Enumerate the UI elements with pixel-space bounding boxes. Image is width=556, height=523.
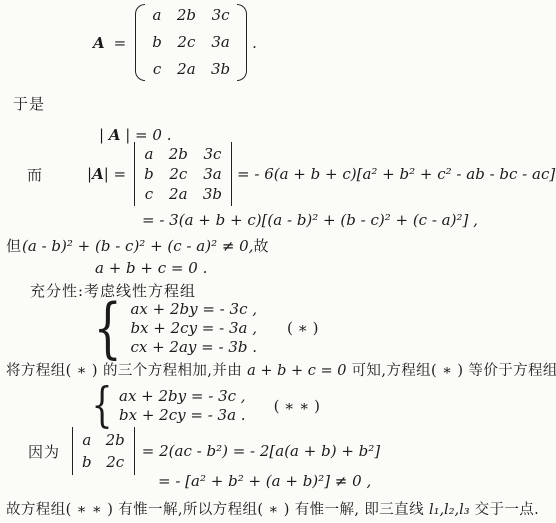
text-er: 而 [27,164,43,185]
text-because: 因为 [28,441,60,462]
det-cell: 2c [106,451,125,473]
left-brace: { [94,297,122,358]
det-rhs: = - 6(a + b + c)[a² + b² + c² - ab - bc … [237,165,555,183]
det-cell: 2a [169,184,188,204]
det-cell: 3b [203,184,222,204]
equals-sign: = [114,34,127,52]
equation: bx + 2cy = - 3a . [119,406,246,425]
eq-lhs: | = [104,165,126,183]
equation-system-2: { ax + 2by = - 3c , bx + 2cy = - 3a . ( … [88,386,320,426]
det-expansion-line2: = - 3(a + b + c)[(a - b)² + (b - c)² + (… [142,211,478,229]
det-cell: b [144,164,154,184]
system-2-equations: ax + 2by = - 3c , bx + 2cy = - 3a . [119,387,246,425]
det-cell: 3a [203,164,222,184]
matrix-A-symbol: A [93,34,105,52]
conclusion-line: 故方程组( ∗ ∗ ) 有惟一解,所以方程组( ∗ ) 有惟一解, 即三直线 l… [6,498,539,519]
det-cell: 2c [169,164,188,184]
determinant-2x2-cells: a 2b b 2c [82,429,125,473]
conclusion-text-1: 故方程组( ∗ ∗ ) 有惟一解,所以方程组( ∗ ) 有惟一解, 即三直线 [6,502,429,518]
matrix-cell: 3c [211,4,230,27]
matrix-cell: 2a [177,58,196,81]
eq-abc-zero: a + b + c = 0 . [95,259,207,277]
matrix-cell: 3b [211,58,230,81]
determinant-cells: a 2b 3c b 2c 3a c 2a 3b [144,144,222,204]
left-brace: { [92,384,113,427]
right-paren [237,4,247,81]
det-cell: a [144,144,154,164]
but-math: (a - b)² + (b - c)² + (c - a)² ≠ 0, [22,237,253,255]
equation: bx + 2cy = - 3a , [130,319,257,338]
add-math: a + b + c = 0 [247,363,346,379]
matrix-cell: 2b [177,4,196,27]
matrix-cell: 3a [211,31,230,54]
matrix-cell: 2c [177,31,196,54]
matrix-cell: c [152,58,162,81]
det-cell: b [82,451,92,473]
left-paren [135,4,145,81]
matrix-A-equation: A = a 2b 3c b 2c 3a c 2a 3b . [93,4,257,81]
det-cell: 2b [169,144,188,164]
equation: ax + 2by = - 3c , [119,387,246,406]
matrix-A-cells: a 2b 3c b 2c 3a c 2a 3b [152,4,230,81]
add-text-1: 将方程组( ∗ ) 的三个方程相加,并由 [6,363,247,379]
document-page: A = a 2b 3c b 2c 3a c 2a 3b . 于是 | A | =… [0,0,556,523]
equation: cx + 2ay = - 3b . [130,338,257,357]
conclusion-text-2: 交于一点. [470,502,540,518]
period: . [252,34,257,52]
det2-rhs: = 2(ac - b²) = - 2[a(a + b) + b²] [142,442,380,460]
A-symbol: A [92,165,104,183]
text-yushi: 于是 [13,93,45,114]
add-text-2: 可知,方程组( ∗ ) 等价于方程组 [347,363,556,379]
system-2-label: ( ∗ ∗ ) [274,397,320,415]
but-line: 但(a - b)² + (b - c)² + (c - a)² ≠ 0,故 [6,235,270,256]
det2-line2: = - [a² + b² + (a + b)²] ≠ 0 , [158,472,371,490]
system-1-equations: ax + 2by = - 3c , bx + 2cy = - 3a , cx +… [130,300,257,357]
text-but: 但 [6,237,22,255]
determinant-2x2: a 2b b 2c [72,427,135,475]
det-cell: 2b [106,429,125,451]
equation: ax + 2by = - 3c , [130,300,257,319]
matrix-cell: b [152,31,162,54]
matrix-cell: a [152,4,162,27]
det-cell: a [82,429,92,451]
det-expansion-line: 而 | A | = a 2b 3c b 2c 3a c 2a 3b = - 6(… [27,142,555,206]
lines-symbols: l₁,l₂,l₃ [429,502,470,518]
determinant-3x3: a 2b 3c b 2c 3a c 2a 3b [134,142,232,206]
because-det-line: 因为 a 2b b 2c = 2(ac - b²) = - 2[a(a + b)… [28,427,380,475]
add-equations-line: 将方程组( ∗ ) 的三个方程相加,并由 a + b + c = 0 可知,方程… [6,359,556,380]
text-gu: 故 [254,237,270,255]
system-1-label: ( ∗ ) [287,319,318,337]
det-cell: 3c [203,144,222,164]
equation-system-1: { ax + 2by = - 3c , bx + 2cy = - 3a , cx… [88,299,318,357]
det-cell: c [144,184,154,204]
